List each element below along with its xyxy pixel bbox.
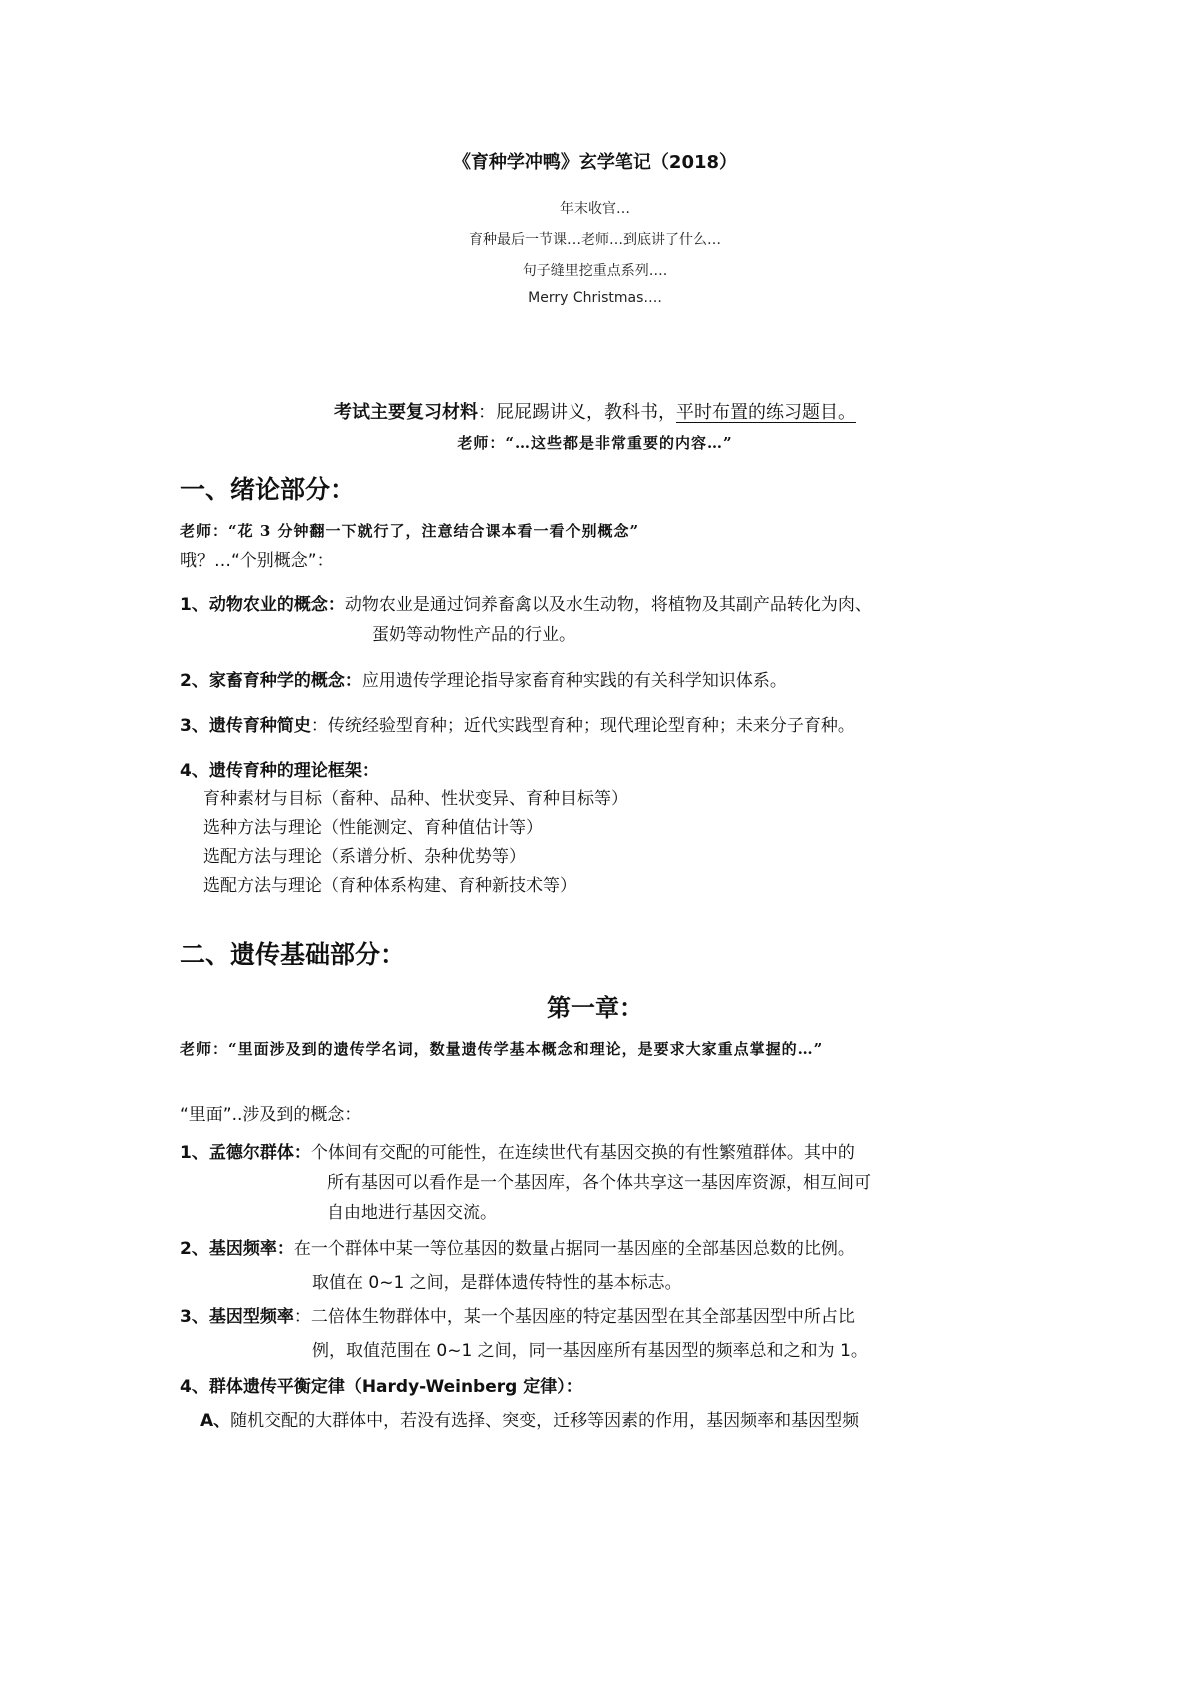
concept-label: 1、孟德尔群体： <box>180 1143 311 1163</box>
subtitle-line: 年末收官… <box>0 198 1190 218</box>
framework-line: 选配方法与理论（系谱分析、杂种优势等） <box>203 842 526 867</box>
concept-text: 动物农业是通过饲养畜禽以及水生动物，将植物及其副产品转化为肉、 <box>345 595 872 615</box>
concept-text: 二倍体生物群体中，某一个基因座的特定基因型在其全部基因型中所占比 <box>311 1307 855 1327</box>
concept-text: 所有基因可以看作是一个基因库，各个体共享这一基因库资源，相互间可 <box>327 1168 871 1193</box>
concept-item: 1、孟德尔群体：个体间有交配的可能性，在连续世代有基因交换的有性繁殖群体。其中的 <box>180 1138 855 1163</box>
teacher-quote: 老师：“…这些都是非常重要的内容…” <box>0 432 1190 453</box>
concept-text: 蛋奶等动物性产品的行业。 <box>372 620 576 645</box>
concept-label: 1、动物农业的概念： <box>180 595 345 615</box>
concept-text: 自由地进行基因交流。 <box>327 1198 497 1223</box>
concept-label: 3、遗传育种简史 <box>180 716 311 736</box>
concept-text: 传统经验型育种；近代实践型育种；现代理论型育种；未来分子育种。 <box>328 716 855 736</box>
concept-label: 4、群体遗传平衡定律（Hardy-Weinberg 定律）： <box>180 1372 583 1397</box>
review-plain: 屁屁踢讲义，教科书， <box>496 402 676 423</box>
aside-text: “里面”..涉及到的概念： <box>180 1100 361 1125</box>
section-heading: 二、遗传基础部分： <box>180 935 405 971</box>
concept-text: 在一个群体中某一等位基因的数量占据同一基因座的全部基因总数的比例。 <box>294 1239 855 1259</box>
concept-text: 应用遗传学理论指导家畜育种实践的有关科学知识体系。 <box>362 671 787 691</box>
concept-item: 3、遗传育种简史：传统经验型育种；近代实践型育种；现代理论型育种；未来分子育种。 <box>180 711 855 736</box>
aside-text: 哦？…“个别概念”： <box>180 546 334 571</box>
subtitle-line: 育种最后一节课…老师…到底讲了什么… <box>0 229 1190 249</box>
subtitle-line: Merry Christmas…. <box>0 290 1190 306</box>
concept-item: 2、基因频率：在一个群体中某一等位基因的数量占据同一基因座的全部基因总数的比例。 <box>180 1234 855 1259</box>
concept-colon: ： <box>294 1307 311 1327</box>
concept-colon: ： <box>311 716 328 736</box>
concept-item: A、随机交配的大群体中，若没有选择、突变，迁移等因素的作用，基因频率和基因型频 <box>200 1406 859 1431</box>
framework-line: 育种素材与目标（畜种、品种、性状变异、育种目标等） <box>203 784 628 809</box>
concept-text: 随机交配的大群体中，若没有选择、突变，迁移等因素的作用，基因频率和基因型频 <box>230 1411 859 1431</box>
concept-label: 2、基因频率： <box>180 1239 294 1259</box>
concept-item: 2、家畜育种学的概念：应用遗传学理论指导家畜育种实践的有关科学知识体系。 <box>180 666 787 691</box>
framework-line: 选配方法与理论（育种体系构建、育种新技术等） <box>203 871 577 896</box>
concept-label: 2、家畜育种学的概念： <box>180 671 362 691</box>
review-label: 考试主要复习材料 <box>334 402 478 423</box>
review-materials: 考试主要复习材料：屁屁踢讲义，教科书，平时布置的练习题目。 <box>0 398 1190 424</box>
framework-line: 选种方法与理论（性能测定、育种值估计等） <box>203 813 543 838</box>
chapter-heading: 第一章： <box>0 988 1190 1023</box>
concept-label: 3、基因型频率 <box>180 1307 294 1327</box>
section-heading: 一、绪论部分： <box>180 470 355 506</box>
teacher-quote: 老师：“花 3 分钟翻一下就行了，注意结合课本看一看个别概念” <box>180 520 639 541</box>
teacher-quote: 老师：“里面涉及到的遗传学名词，数量遗传学基本概念和理论，是要求大家重点掌握的…… <box>180 1038 823 1059</box>
sub-label: A、 <box>200 1411 230 1431</box>
subtitle-line: 句子缝里挖重点系列…. <box>0 260 1190 280</box>
document-title: 《育种学冲鸭》玄学笔记（2018） <box>0 148 1190 174</box>
concept-item: 1、动物农业的概念：动物农业是通过饲养畜禽以及水生动物，将植物及其副产品转化为肉… <box>180 590 872 615</box>
concept-text: 例，取值范围在 0~1 之间，同一基因座所有基因型的频率总和之和为 1。 <box>312 1336 868 1361</box>
concept-text: 个体间有交配的可能性，在连续世代有基因交换的有性繁殖群体。其中的 <box>311 1143 855 1163</box>
review-underlined: 平时布置的练习题目。 <box>676 402 856 423</box>
concept-item: 3、基因型频率：二倍体生物群体中，某一个基因座的特定基因型在其全部基因型中所占比 <box>180 1302 855 1327</box>
review-colon: ： <box>478 402 496 423</box>
concept-text: 取值在 0~1 之间，是群体遗传特性的基本标志。 <box>312 1268 682 1293</box>
concept-label: 4、遗传育种的理论框架： <box>180 756 379 781</box>
